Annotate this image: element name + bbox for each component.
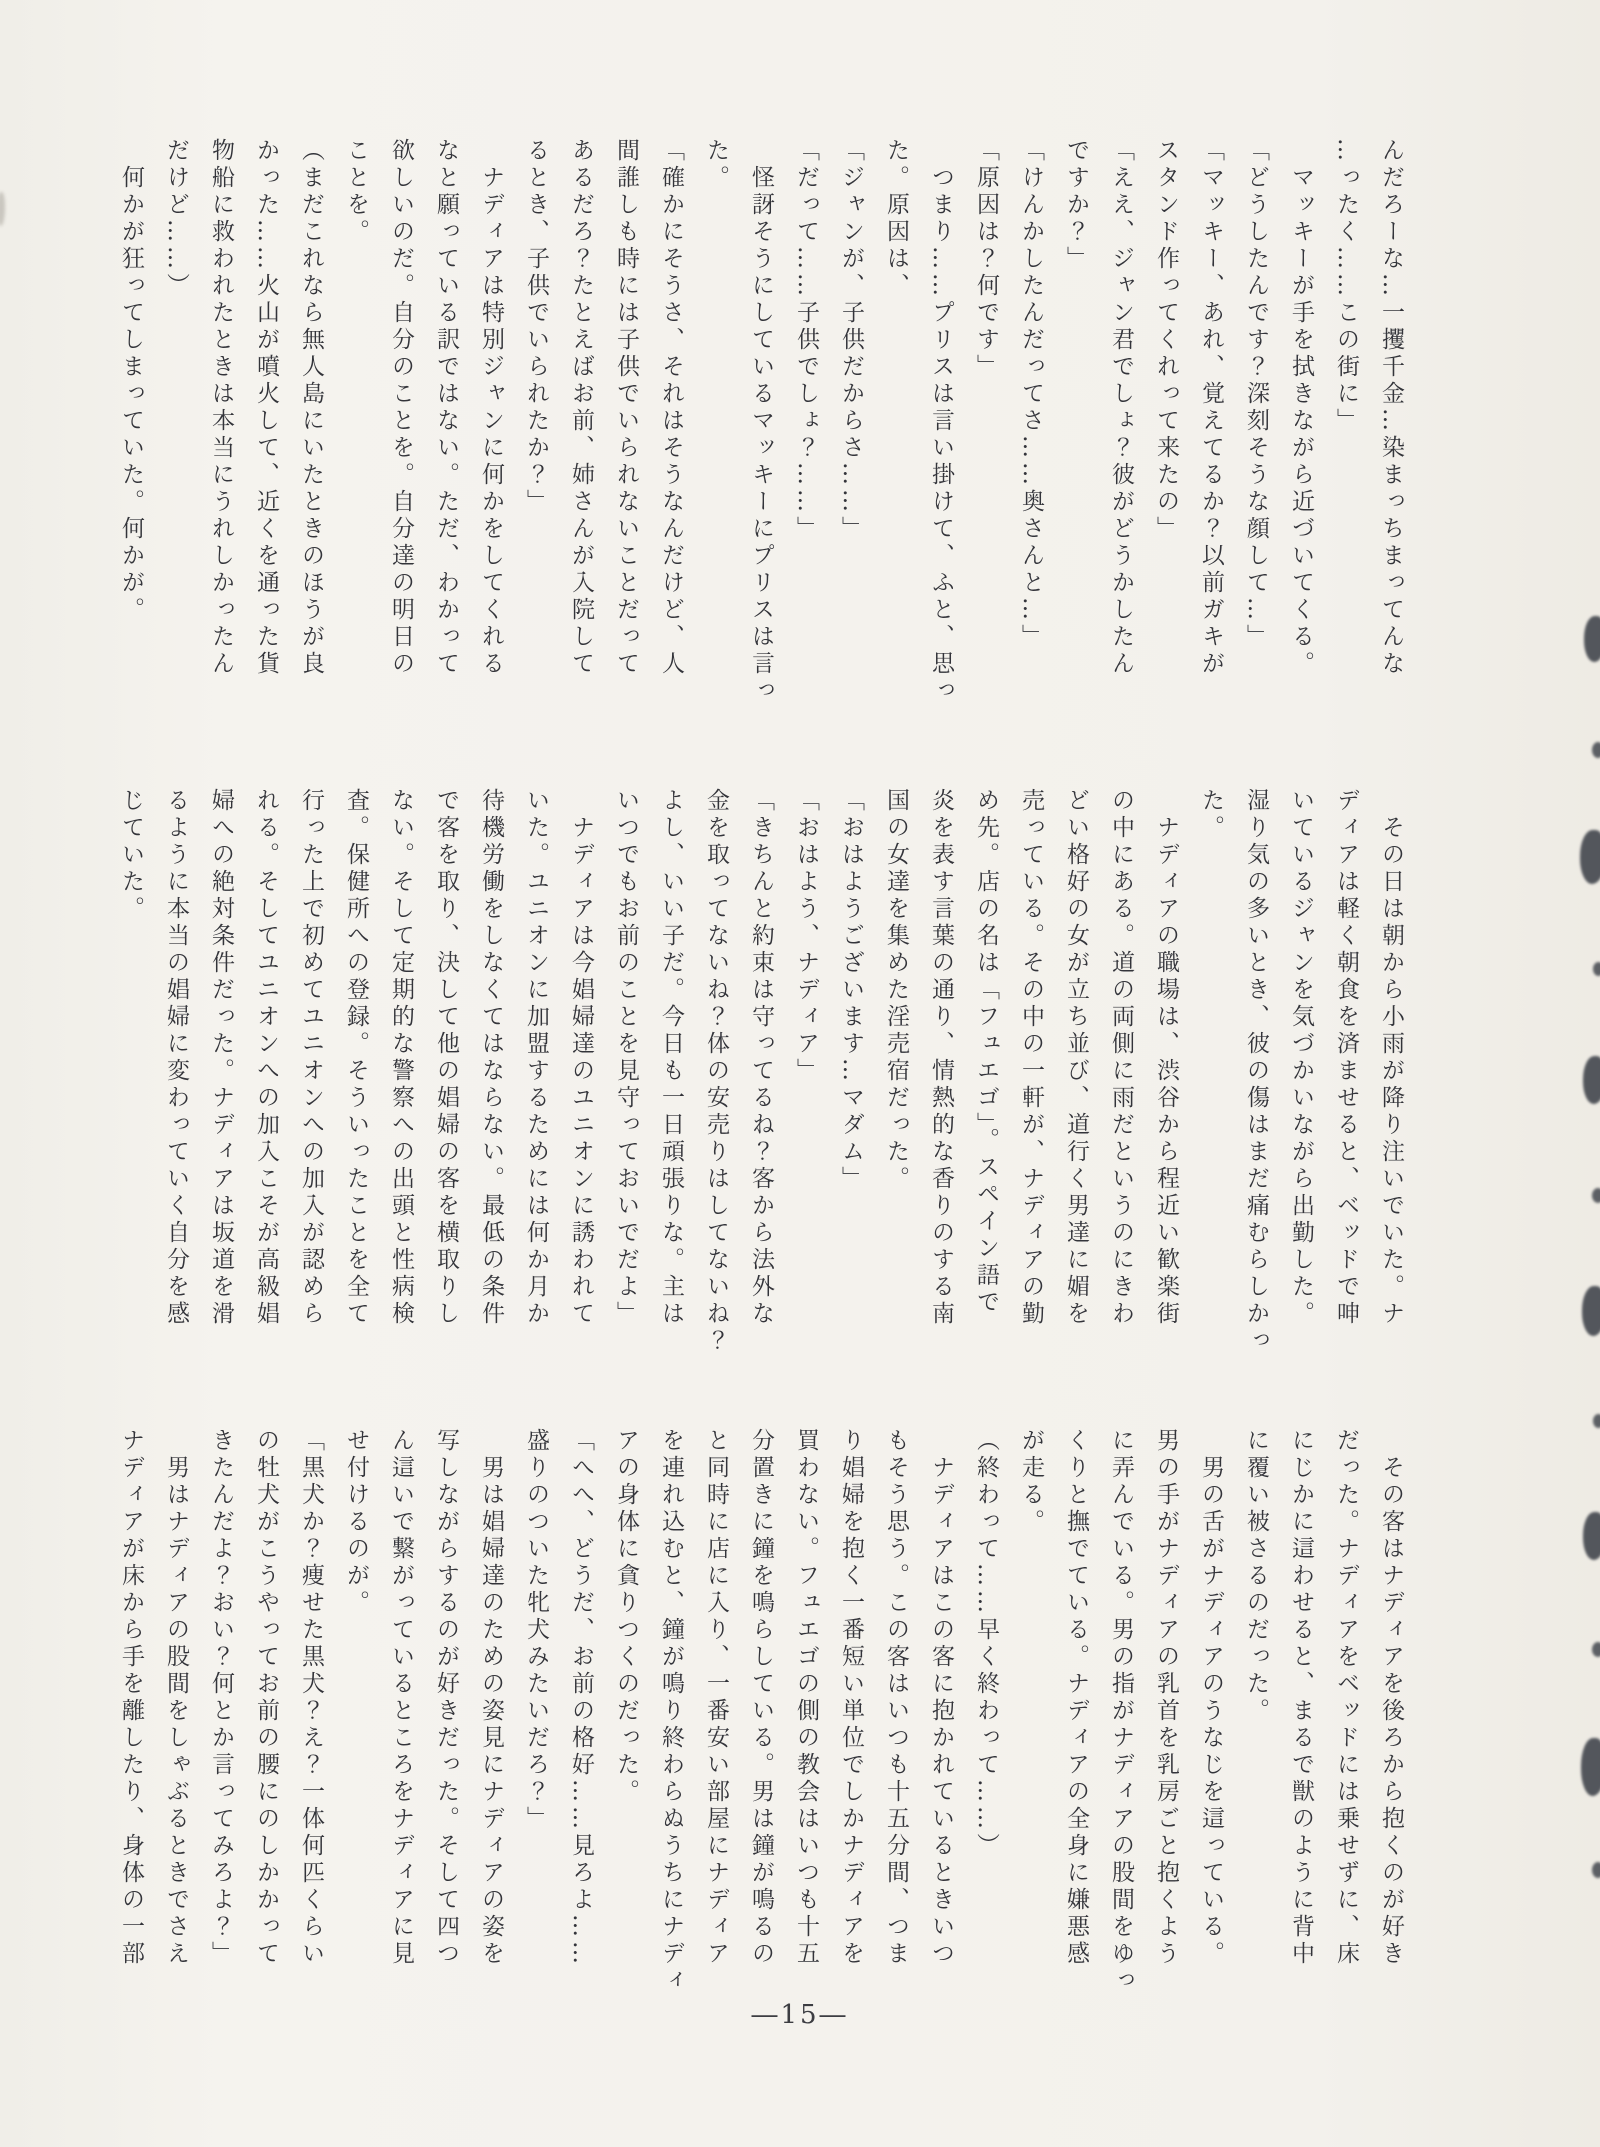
text-column: が走る。 (1008, 1428, 1053, 2008)
text-column: 「マッキー、あれ、覚えてるか？以前ガキが (1188, 138, 1233, 766)
text-column: 「けんかしたんだってさ……奥さんと…」 (1008, 138, 1053, 766)
text-column: 欲しいのだ。自分のことを。自分達の明日の (378, 138, 423, 766)
text-column: で客を取り、決して他の娼婦の客を横取りし (423, 788, 468, 1390)
scan-artifact (1593, 1414, 1600, 1428)
scan-artifact (1592, 1862, 1600, 1878)
text-column: 湿り気の多いとき、彼の傷はまだ痛むらしかっ (1233, 788, 1278, 1390)
text-column: その客はナディアを後ろから抱くのが好き (1368, 1428, 1413, 2008)
text-band-top: んだろーな…一攫千金…染まっちまってんな…ったく……この街に」 マッキーが手を拭… (105, 138, 1413, 766)
text-column: もそう思う。この客はいつも十五分間、つま (873, 1428, 918, 2008)
text-column: 待機労働をしなくてはならない。最低の条件 (468, 788, 513, 1390)
text-column: 「だって……子供でしょ？……」 (783, 138, 828, 766)
text-column: に覆い被さるのだった。 (1233, 1428, 1278, 2008)
text-column: 査。保健所への登録。そういったことを全て (333, 788, 378, 1390)
text-column: マッキーが手を拭きながら近づいてくる。 (1278, 138, 1323, 766)
text-column: かった……火山が噴火して、近くを通った貨 (243, 138, 288, 766)
text-column: た。 (1188, 788, 1233, 1390)
text-column: ディアは軽く朝食を済ませると、ベッドで呻 (1323, 788, 1368, 1390)
text-column: きたんだよ？おい？何とか言ってみろよ？」 (198, 1428, 243, 2008)
text-column: いた。ユニオンに加盟するためには何か月か (513, 788, 558, 1390)
text-column: ナディアは今娼婦達のユニオンに誘われて (558, 788, 603, 1390)
text-column: よし、いい子だ。今日も一日頑張りな。主は (648, 788, 693, 1390)
scan-artifact (1582, 1286, 1600, 1336)
text-column: 「おはよう、ナディア」 (783, 788, 828, 1390)
text-column: いつでもお前のことを見守っておいでだよ」 (603, 788, 648, 1390)
scan-artifact (0, 192, 5, 226)
text-column: 写しながらするのが好きだった。そして四つ (423, 1428, 468, 2008)
text-column: 「ええ、ジャン君でしょ？彼がどうかしたん (1098, 138, 1143, 766)
text-column: なと願っている訳ではない。ただ、わかって (423, 138, 468, 766)
manga-novel-page: んだろーな…一攫千金…染まっちまってんな…ったく……この街に」 マッキーが手を拭… (0, 0, 1600, 2147)
text-column: 炎を表す言葉の通り、情熱的な香りのする南 (918, 788, 963, 1390)
text-column: れる。そしてユニオンへの加入こそが高級娼 (243, 788, 288, 1390)
text-column: ことを。 (333, 138, 378, 766)
text-column: 婦への絶対条件だった。ナディアは坂道を滑 (198, 788, 243, 1390)
text-column: 男の手がナディアの乳首を乳房ごと抱くよう (1143, 1428, 1188, 2008)
text-column: に弄んでいる。男の指がナディアの股間をゆっ (1098, 1428, 1143, 2008)
text-column: 金を取ってないね？体の安売りはしてないね？ (693, 788, 738, 1390)
text-column: アの身体に貪りつくのだった。 (603, 1428, 648, 2008)
text-column: くりと撫でている。ナディアの全身に嫌悪感 (1053, 1428, 1098, 2008)
text-column: ですか？」 (1053, 138, 1098, 766)
text-column: 「どうしたんです？深刻そうな顔して…」 (1233, 138, 1278, 766)
text-column: め先。店の名は「フュエゴ」。スペイン語で (963, 788, 1008, 1390)
text-column: んだろーな…一攫千金…染まっちまってんな (1368, 138, 1413, 766)
text-column: （まだこれなら無人島にいたときのほうが良 (288, 138, 333, 766)
text-column: 売っている。その中の一軒が、ナディアの勤 (1008, 788, 1053, 1390)
text-column: 分置きに鐘を鳴らしている。男は鐘が鳴るの (738, 1428, 783, 2008)
text-column: だった。ナディアをベッドには乗せずに、床 (1323, 1428, 1368, 2008)
scanned-book-page: { "page": { "number_label": "―15―" }, "b… (0, 0, 1600, 2147)
text-column: ん這いで繋がっているところをナディアに見 (378, 1428, 423, 2008)
text-column: を連れ込むと、鐘が鳴り終わらぬうちにナディ (648, 1428, 693, 2008)
text-column: り娼婦を抱く一番短い単位でしかナディアを (828, 1428, 873, 2008)
text-band-middle: その日は朝から小雨が降り注いでいた。ナディアは軽く朝食を済ませると、ベッドで呻い… (105, 788, 1413, 1390)
scan-artifact (1592, 1642, 1600, 1657)
text-column: るとき、子供でいられたか？」 (513, 138, 558, 766)
scan-artifact (1581, 1738, 1600, 1796)
text-column: た。 (693, 138, 738, 766)
text-column: た。原因は、 (873, 138, 918, 766)
text-column: 男の舌がナディアのうなじを這っている。 (1188, 1428, 1233, 2008)
text-column: ナディアの職場は、渋谷から程近い歓楽街 (1143, 788, 1188, 1390)
scan-artifact (1584, 616, 1600, 662)
text-column: 何かが狂ってしまっていた。何かが。 (108, 138, 153, 766)
text-column: 男はナディアの股間をしゃぶるときでさえ (153, 1428, 198, 2008)
text-column: 間誰しも時には子供でいられないことだって (603, 138, 648, 766)
text-column: 「おはようございます…マダム」 (828, 788, 873, 1390)
text-column: 「黒犬か？痩せた黒犬？え？一体何匹くらい (288, 1428, 333, 2008)
text-column: 男は娼婦達のための姿見にナディアの姿を (468, 1428, 513, 2008)
text-column: 国の女達を集めた淫売宿だった。 (873, 788, 918, 1390)
text-column: あるだろ？たとえばお前、姉さんが入院して (558, 138, 603, 766)
text-band-bottom: その客はナディアを後ろから抱くのが好きだった。ナディアをベッドには乗せずに、床に… (105, 1428, 1413, 2008)
scan-artifact (1592, 1188, 1600, 1203)
text-column: 「確かにそうさ、それはそうなんだけど、人 (648, 138, 693, 766)
text-column: と同時に店に入り、一番安い部屋にナディア (693, 1428, 738, 2008)
text-column: じていた。 (108, 788, 153, 1390)
text-column: …ったく……この街に」 (1323, 138, 1368, 766)
text-column: その日は朝から小雨が降り注いでいた。ナ (1368, 788, 1413, 1390)
text-column: どい格好の女が立ち並び、道行く男達に媚を (1053, 788, 1098, 1390)
scan-artifact (1583, 1056, 1600, 1104)
scan-artifact (1593, 962, 1600, 976)
text-column: の中にある。道の両側に雨だというのにきわ (1098, 788, 1143, 1390)
text-column: 盛りのついた牝犬みたいだろ？」 (513, 1428, 558, 2008)
text-column: にじかに這わせると、まるで獣のように背中 (1278, 1428, 1323, 2008)
text-column: ナディアはこの客に抱かれているときいつ (918, 1428, 963, 2008)
scan-artifact (1583, 1512, 1600, 1560)
text-column: つまり……プリスは言い掛けて、ふと、思っ (918, 138, 963, 766)
text-column: 「きちんと約束は守ってるね？客から法外な (738, 788, 783, 1390)
text-column: 物船に救われたときは本当にうれしかったん (198, 138, 243, 766)
text-column: 「ジャンが、子供だからさ……」 (828, 138, 873, 766)
text-column: 「原因は？何です」 (963, 138, 1008, 766)
scan-artifact (1580, 830, 1600, 884)
text-column: ナディアが床から手を離したり、身体の一部 (108, 1428, 153, 2008)
text-column: るように本当の娼婦に変わっていく自分を感 (153, 788, 198, 1390)
text-column: ナディアは特別ジャンに何かをしてくれる (468, 138, 513, 766)
text-column: いているジャンを気づかいながら出勤した。 (1278, 788, 1323, 1390)
text-column: の牡犬がこうやってお前の腰にのしかかって (243, 1428, 288, 2008)
scan-artifact (1592, 742, 1600, 758)
text-column: 怪訝そうにしているマッキーにプリスは言っ (738, 138, 783, 766)
text-column: 行った上で初めてユニオンへの加入が認めら (288, 788, 333, 1390)
text-column: だけど……） (153, 138, 198, 766)
page-number: ―15― (0, 2000, 1600, 2030)
text-column: （終わって……早く終わって……） (963, 1428, 1008, 2008)
text-column: 買わない。フュエゴの側の教会はいつも十五 (783, 1428, 828, 2008)
text-column: スタンド作ってくれって来たの」 (1143, 138, 1188, 766)
text-column: ない。そして定期的な警察への出頭と性病検 (378, 788, 423, 1390)
text-column: 「へへ、どうだ、お前の格好……見ろよ…… (558, 1428, 603, 2008)
text-column: せ付けるのが。 (333, 1428, 378, 2008)
